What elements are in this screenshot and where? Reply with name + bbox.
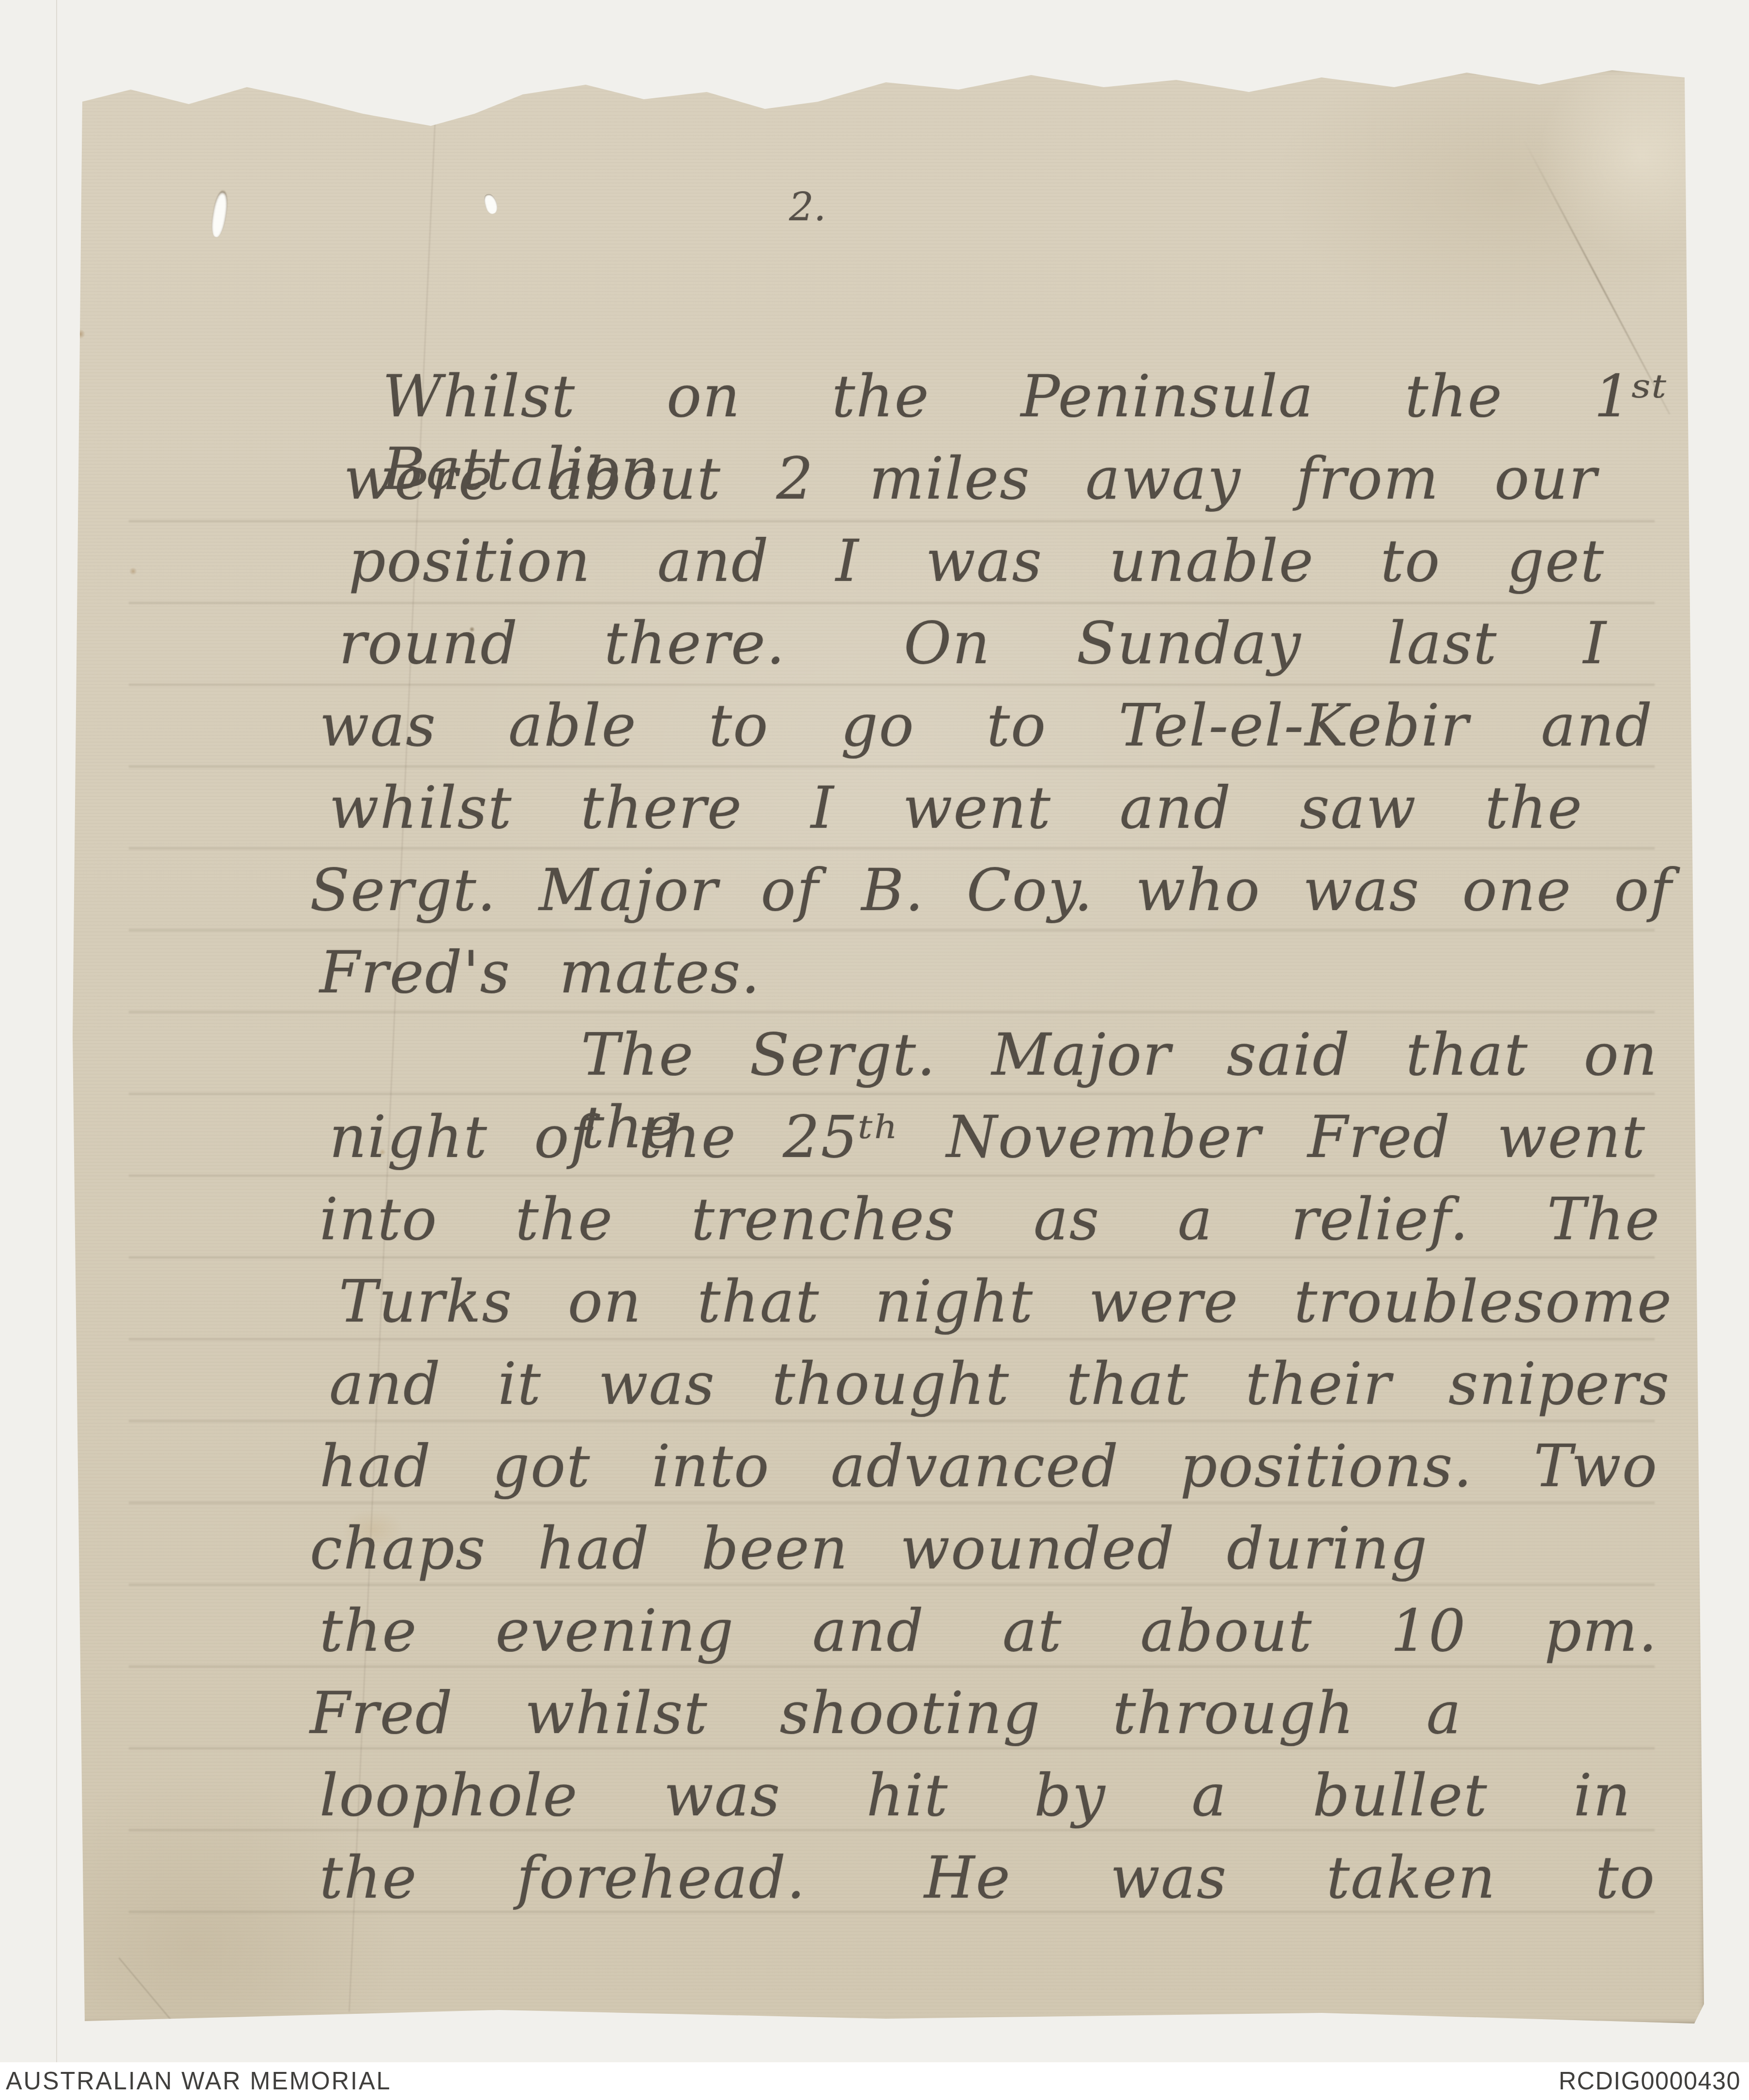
handwriting-line: and it was thought that their snipers	[329, 1348, 1670, 1421]
footer-archive-name: AUSTRALIAN WAR MEMORIAL	[6, 2062, 392, 2100]
fold-crease-bottom-left	[119, 1958, 182, 2032]
handwriting-line: Fred whilst shooting through a	[310, 1677, 1462, 1750]
footer-item-id: RCDIG0000430	[1559, 2062, 1741, 2100]
scan-background: 2. Whilst on the Peninsula the 1ˢᵗ Batta…	[0, 0, 1749, 2100]
handwriting-line: Sergt. Major of B. Coy. who was one of	[310, 854, 1673, 927]
handwriting-line: Fred's mates.	[319, 937, 760, 1009]
handwriting-line: night of the 25ᵗʰ November Fred went	[329, 1101, 1646, 1174]
handwriting-line: round there. On Sunday last I	[339, 608, 1607, 680]
handwriting-line: the evening and at about 10 pm.	[319, 1595, 1658, 1668]
handwriting-line: loophole was hit by a bullet in	[319, 1760, 1631, 1832]
handwriting-line: position and I was unable to get	[349, 525, 1605, 598]
scanner-seam	[56, 0, 57, 2062]
handwriting-line: the forehead. He was taken to	[319, 1842, 1656, 1915]
footer-bar: AUSTRALIAN WAR MEMORIAL RCDIG0000430	[0, 2062, 1749, 2100]
handwriting-line: Turks on that night were troublesome	[339, 1266, 1673, 1339]
handwriting-line: whilst there I went and saw the	[329, 772, 1583, 845]
handwriting-line: were about 2 miles away from our	[344, 443, 1597, 516]
handwriting-line: was able to go to Tel-el-Kebir and	[319, 690, 1653, 762]
letter-page: 2. Whilst on the Peninsula the 1ˢᵗ Batta…	[63, 68, 1704, 2024]
handwriting-line: chaps had been wounded during	[310, 1513, 1428, 1585]
pin-hole	[483, 193, 499, 215]
pin-hole-tear	[210, 190, 230, 238]
handwriting-line: had got into advanced positions. Two	[319, 1430, 1658, 1503]
page-number: 2.	[789, 188, 826, 227]
handwriting-line: into the trenches as a relief. The	[319, 1184, 1660, 1256]
